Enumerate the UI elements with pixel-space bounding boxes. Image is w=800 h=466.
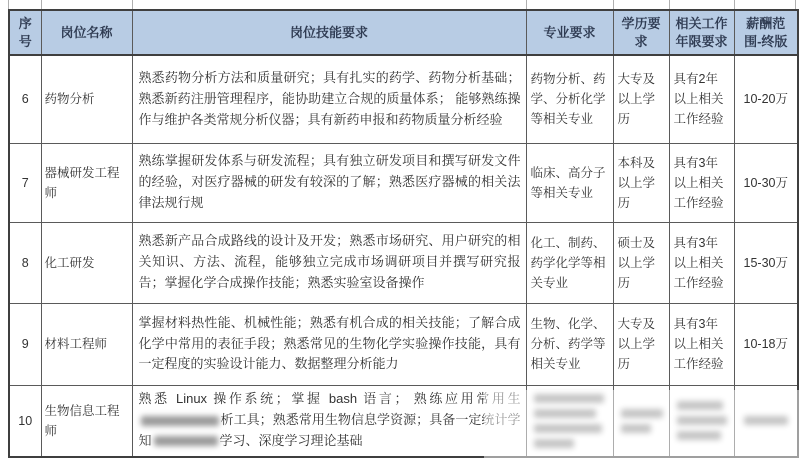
table-row: 7 器械研发工程师 熟练掌握研发体系与研发流程；具有独立研发项目和撰写研发文件的… bbox=[9, 143, 798, 222]
cell-skills: 熟悉新产品合成路线的设计及开发；熟悉市场研究、用户研究的相关知识、方法、流程，能… bbox=[132, 222, 526, 303]
cell-no: 9 bbox=[9, 303, 41, 385]
blurred-content bbox=[534, 394, 604, 403]
cell-salary: 10-18万 bbox=[734, 303, 798, 385]
cell-experience: 具有3年以上相关工作经验 bbox=[669, 143, 734, 222]
cell-name: 生物信息工程师 bbox=[41, 385, 132, 457]
blurred-content bbox=[677, 401, 723, 410]
table-edge-stub bbox=[526, 0, 527, 9]
cell-degree: 大专及以上学历 bbox=[613, 55, 669, 143]
table-edge-stub bbox=[8, 0, 9, 9]
cell-major: 化工、制药、药学化学等相关专业 bbox=[526, 222, 613, 303]
cell-experience: 具有3年以上相关工作经验 bbox=[669, 303, 734, 385]
blurred-content bbox=[744, 416, 788, 425]
cell-no: 8 bbox=[9, 222, 41, 303]
blurred-text-segment bbox=[141, 416, 219, 426]
table-row: 9 材料工程师 掌握材料热性能、机械性能；熟悉有机合成的相关技能；了解合成化学中… bbox=[9, 303, 798, 385]
table-edge-stub bbox=[734, 0, 735, 9]
column-header-experience: 相关工作年限要求 bbox=[669, 10, 734, 55]
blurred-content bbox=[677, 431, 721, 440]
table-edge-stub bbox=[795, 0, 796, 9]
cell-no: 7 bbox=[9, 143, 41, 222]
column-header-name: 岗位名称 bbox=[41, 10, 132, 55]
job-positions-table: 序号 岗位名称 岗位技能要求 专业要求 学历要求 相关工作年限要求 薪酬范围-终… bbox=[8, 9, 799, 458]
cell-degree: 本科及以上学历 bbox=[613, 143, 669, 222]
cell-salary: 10-20万 bbox=[734, 55, 798, 143]
table-edge-stub bbox=[132, 0, 133, 9]
skills-text-part1: 熟悉 Linux 操作系统；掌握 bash 语言； 熟练应用常用生 bbox=[139, 391, 521, 406]
cell-skills: 掌握材料热性能、机械性能；熟悉有机合成的相关技能；了解合成化学中常用的表征手段；… bbox=[132, 303, 526, 385]
skills-text-part3: 学习、深度学习理论基础 bbox=[220, 433, 363, 448]
cell-degree: 大专及以上学历 bbox=[613, 303, 669, 385]
table-row: 6 药物分析 熟悉药物分析方法和质量研究；具有扎实的药学、药物分析基础；熟悉新药… bbox=[9, 55, 798, 143]
blurred-content bbox=[534, 409, 596, 418]
blurred-content bbox=[534, 424, 602, 433]
cell-experience: 具有2年以上相关工作经验 bbox=[669, 55, 734, 143]
cell-major: 生物、化学、分析、药学等相关专业 bbox=[526, 303, 613, 385]
table-edge-stub bbox=[41, 0, 42, 9]
table-row: 10 生物信息工程师 熟悉 Linux 操作系统；掌握 bash 语言； 熟练应… bbox=[9, 385, 798, 457]
screenshot-root: 序号 岗位名称 岗位技能要求 专业要求 学历要求 相关工作年限要求 薪酬范围-终… bbox=[0, 0, 800, 466]
cell-name: 药物分析 bbox=[41, 55, 132, 143]
cell-major: 药物分析、药学、分析化学等相关专业 bbox=[526, 55, 613, 143]
blurred-content bbox=[621, 424, 651, 433]
cell-major: 临床、高分子等相关专业 bbox=[526, 143, 613, 222]
cell-skills: 熟练掌握研发体系与研发流程；具有独立研发项目和撰写研发文件的经验，对医疗器械的研… bbox=[132, 143, 526, 222]
column-header-degree: 学历要求 bbox=[613, 10, 669, 55]
column-header-no: 序号 bbox=[9, 10, 41, 55]
table-edge-stub bbox=[613, 0, 614, 9]
table-edge-stub bbox=[669, 0, 670, 9]
header-row: 序号 岗位名称 岗位技能要求 专业要求 学历要求 相关工作年限要求 薪酬范围-终… bbox=[9, 10, 798, 55]
blurred-content bbox=[534, 439, 574, 448]
cell-no: 10 bbox=[9, 385, 41, 457]
blurred-content bbox=[677, 416, 727, 425]
cell-experience: 具有3年以上相关工作经验 bbox=[669, 222, 734, 303]
table-row: 8 化工研发 熟悉新产品合成路线的设计及开发；熟悉市场研究、用户研究的相关知识、… bbox=[9, 222, 798, 303]
cell-major-redacted bbox=[526, 385, 613, 457]
cell-no: 6 bbox=[9, 55, 41, 143]
cell-name: 材料工程师 bbox=[41, 303, 132, 385]
cell-skills: 熟悉 Linux 操作系统；掌握 bash 语言； 熟练应用常用生析工具；熟悉常… bbox=[132, 385, 526, 457]
cell-name: 化工研发 bbox=[41, 222, 132, 303]
cell-degree: 硕士及以上学历 bbox=[613, 222, 669, 303]
blurred-text-segment bbox=[154, 436, 218, 446]
column-header-major: 专业要求 bbox=[526, 10, 613, 55]
cell-experience-redacted bbox=[669, 385, 734, 457]
cell-salary: 15-30万 bbox=[734, 222, 798, 303]
column-header-skills: 岗位技能要求 bbox=[132, 10, 526, 55]
cell-skills: 熟悉药物分析方法和质量研究；具有扎实的药学、药物分析基础；熟悉新药注册管理程序，… bbox=[132, 55, 526, 143]
cell-salary: 10-30万 bbox=[734, 143, 798, 222]
column-header-salary: 薪酬范围-终版 bbox=[734, 10, 798, 55]
cell-name: 器械研发工程师 bbox=[41, 143, 132, 222]
blurred-content bbox=[621, 409, 663, 418]
cell-degree-redacted bbox=[613, 385, 669, 457]
cell-salary-redacted bbox=[734, 385, 798, 457]
